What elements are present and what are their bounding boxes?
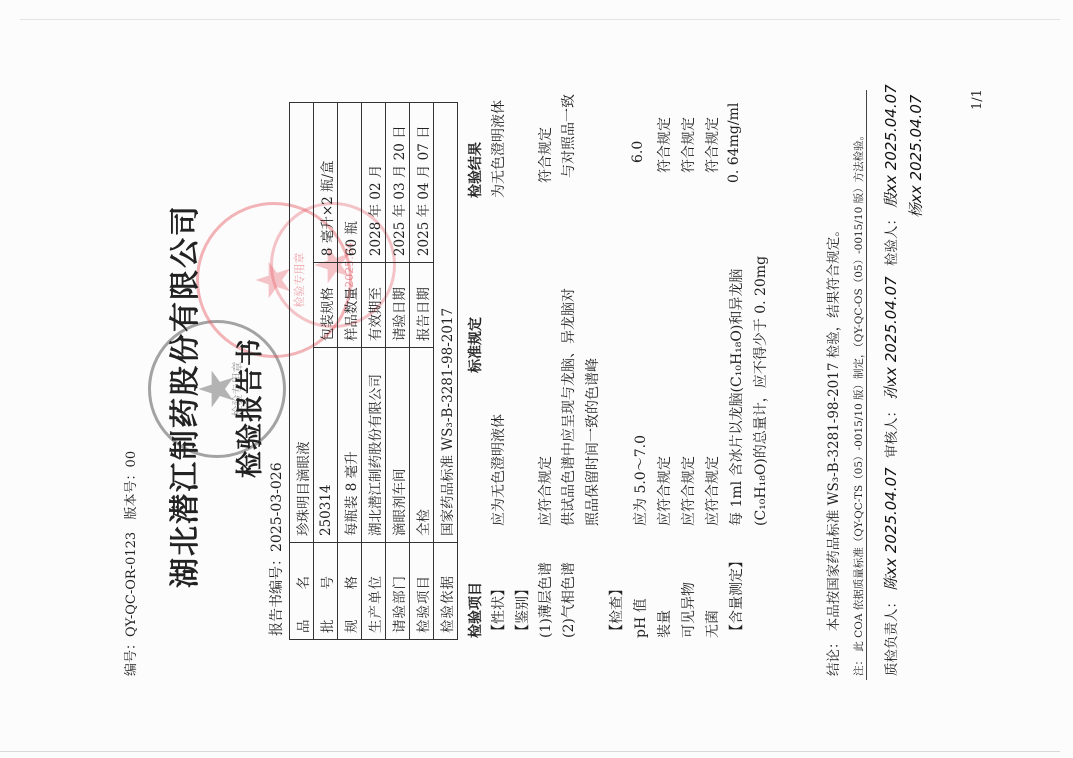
info-value: 60 瓶 xyxy=(338,103,362,263)
document-page: 编号：QY-QC-OR-0123 版本号：00 ★ 检验专用章 ★ 检验专用章 … xyxy=(0,0,1073,758)
result-standard: 应符合规定 xyxy=(535,456,555,526)
inspector-handwriting-2: 杨xx 2025.04.07 xyxy=(905,95,926,218)
qc-head-signature: 质检负责人： 陈xx 2025.04.07 xyxy=(880,467,901,676)
version-label: 版本号： xyxy=(124,467,139,519)
info-value: 2028 年 02 月 xyxy=(362,103,386,263)
page-number: 1/1 xyxy=(970,89,985,110)
info-table: 品 名珍珠明目滴眼液批 号250314包装规格8 毫升×2 瓶/盒规 格每瓶装 … xyxy=(289,102,458,640)
report-no-label: 报告书编号： xyxy=(269,552,285,636)
info-value: 滴眼剂车间 xyxy=(386,348,410,543)
report-no-value: 2025-03-026 xyxy=(269,462,285,552)
qc-head-label: 质检负责人： xyxy=(884,595,900,676)
info-row: 请验部门滴眼剂车间请验日期2025 年 03 月 20 日 xyxy=(386,103,410,640)
info-label: 批 号 xyxy=(314,543,338,640)
conclusion: 结论： 本品按国家药品标准 WS₃-B-3281-98-2017 检验，结果符合… xyxy=(822,223,842,676)
result-standard: 每 1ml 含冰片以龙脑(C₁₀H₁₈O)和异龙脑 xyxy=(726,269,746,526)
info-label: 检验依据 xyxy=(434,543,458,640)
info-row: 批 号250314包装规格8 毫升×2 瓶/盒 xyxy=(314,103,338,640)
result-value: 为无色澄明液体 xyxy=(488,100,508,198)
report-title: 检验报告书 xyxy=(228,338,267,478)
company-name: 湖北潜江制药股份有限公司 xyxy=(160,204,204,588)
result-standard: (C₁₀H₁₈O)的总量计，应不得少于 0. 20mg xyxy=(750,256,770,526)
result-item: 【鉴别】 xyxy=(512,582,532,638)
info-label: 有效期至 xyxy=(362,263,386,348)
info-row: 检验项目全检报告日期2025 年 04 月 07 日 xyxy=(410,103,434,640)
info-label: 请验部门 xyxy=(386,543,410,640)
result-standard: 应符合规定 xyxy=(702,456,722,526)
info-row: 品 名珍珠明目滴眼液 xyxy=(290,103,314,640)
info-value: 2025 年 04 月 07 日 xyxy=(410,103,434,263)
inspector-signature: 检验人： 殷xx 2025.04.07 xyxy=(880,84,901,266)
info-label: 检验项目 xyxy=(410,543,434,640)
result-item: 可见异物 xyxy=(678,582,698,638)
info-label: 请验日期 xyxy=(386,263,410,348)
info-value: 8 毫升×2 瓶/盒 xyxy=(314,103,338,263)
info-row: 生产单位湖北潜江制药股份有限公司有效期至2028 年 02 月 xyxy=(362,103,386,640)
info-row: 规 格每瓶装 8 毫升样品数量60 瓶 xyxy=(338,103,362,640)
divider-line xyxy=(866,90,867,680)
result-value: 6.0 xyxy=(630,141,646,163)
version-value: 00 xyxy=(124,451,139,468)
document-number: 编号：QY-QC-OR-0123 版本号：00 xyxy=(120,451,139,676)
result-standard: 供试品色谱中应呈现与龙脑、异龙脑对 xyxy=(558,288,578,526)
column-header-result: 检验结果 xyxy=(465,142,485,198)
result-item: 无菌 xyxy=(702,610,722,638)
inspector-handwriting: 殷xx 2025.04.07 xyxy=(882,84,900,207)
result-value: 0. 64mg/ml xyxy=(726,103,742,183)
column-header-item: 检验项目 xyxy=(465,582,485,638)
result-item: 装量 xyxy=(654,610,674,638)
info-label: 报告日期 xyxy=(410,263,434,348)
result-item: 【含量测定】 xyxy=(726,554,746,638)
info-label: 包装规格 xyxy=(314,263,338,348)
result-value: 与对照品一致 xyxy=(558,94,578,178)
inspector-label: 检验人： xyxy=(884,212,900,266)
report-number: 报告书编号：2025-03-026 xyxy=(266,462,286,636)
info-value: 湖北潜江制药股份有限公司 xyxy=(362,348,386,543)
info-value: 国家药品标准 WS₃-B-3281-98-2017 xyxy=(434,103,458,543)
result-standard: 应为 5.0～7.0 xyxy=(630,435,650,526)
result-standard: 应为无色澄明液体 xyxy=(488,414,508,526)
result-standard: 应符合规定 xyxy=(654,456,674,526)
result-item: 【检查】 xyxy=(606,582,626,638)
reviewer-label: 审核人： xyxy=(884,404,900,458)
result-value: 符合规定 xyxy=(678,117,698,173)
result-item: (1)薄层色谱 xyxy=(535,562,555,638)
info-label: 品 名 xyxy=(290,543,314,640)
reviewer-handwriting: 孙xx 2025.04.07 xyxy=(882,276,900,399)
info-label: 生产单位 xyxy=(362,543,386,640)
info-label: 样品数量 xyxy=(338,263,362,348)
doc-no-label: 编号： xyxy=(124,637,139,676)
result-value: 符合规定 xyxy=(702,117,722,173)
scan-edge xyxy=(20,19,1060,20)
info-label: 规 格 xyxy=(338,543,362,640)
doc-no-value: QY-QC-OR-0123 xyxy=(124,532,139,637)
result-standard: 照品保留时间一致的色谱峰 xyxy=(582,358,602,526)
column-header-standard: 标准规定 xyxy=(465,317,485,373)
result-item: 【性状】 xyxy=(488,582,508,638)
info-value: 2025 年 03 月 20 日 xyxy=(386,103,410,263)
info-value: 每瓶装 8 毫升 xyxy=(338,348,362,543)
scan-edge xyxy=(0,751,1060,752)
result-value: 符合规定 xyxy=(654,117,674,173)
info-value: 全检 xyxy=(410,348,434,543)
info-row: 检验依据国家药品标准 WS₃-B-3281-98-2017 xyxy=(434,103,458,640)
info-value: 250314 xyxy=(314,348,338,543)
result-standard: 应符合规定 xyxy=(678,456,698,526)
qc-head-handwriting: 陈xx 2025.04.07 xyxy=(882,467,900,590)
note: 注： 此 COA 依据质量标准（QY-QC-TS（05）-0015/10 版）制… xyxy=(851,130,866,676)
result-value: 符合规定 xyxy=(535,127,555,183)
reviewer-signature: 审核人： 孙xx 2025.04.07 xyxy=(880,276,901,458)
result-item: pH 值 xyxy=(630,598,650,638)
result-item: (2)气相色谱 xyxy=(558,562,578,638)
info-value: 珍珠明目滴眼液 xyxy=(290,103,314,543)
